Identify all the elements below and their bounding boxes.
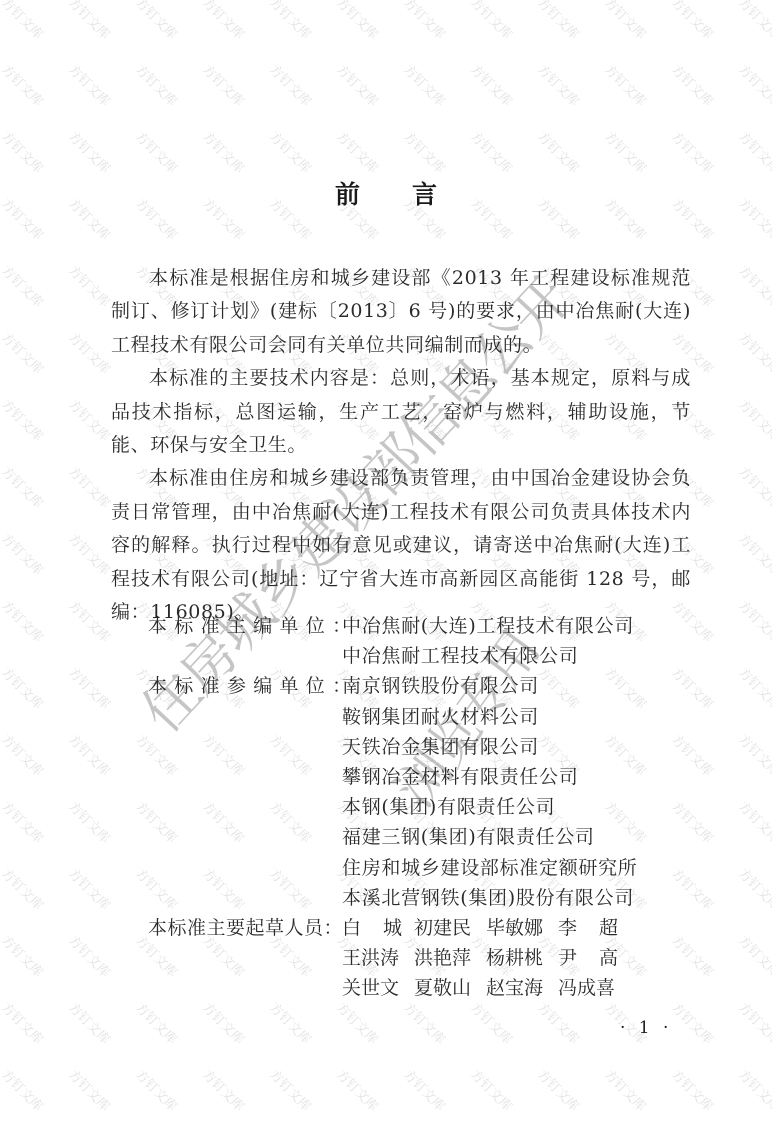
- preface-body: 本标准是根据住房和城乡建设部《2013 年工程建设标准规范制订、修订计划》(建标…: [111, 262, 691, 629]
- participating-unit-row: 本标准参编单位： 南京钢铁股份有限公司: [148, 671, 638, 701]
- participating-unit: 鞍钢集团耐火材料公司: [342, 702, 539, 732]
- page-title: 前言: [0, 175, 772, 211]
- label-spacer: [148, 792, 342, 822]
- drafter-name: 李超: [558, 913, 630, 943]
- drafter-names: 关世文 夏敬山 赵宝海 冯成喜: [342, 973, 630, 1003]
- participating-unit: 本钢(集团)有限责任公司: [342, 792, 555, 822]
- chief-editor-unit: 中冶焦耐工程技术有限公司: [342, 641, 578, 671]
- label-spacer: [148, 762, 342, 792]
- participating-unit-row: 天铁冶金集团有限公司: [148, 732, 638, 762]
- participating-unit: 福建三钢(集团)有限责任公司: [342, 822, 595, 852]
- label-spacer: [148, 702, 342, 732]
- participating-unit-row: 本钢(集团)有限责任公司: [148, 792, 638, 822]
- drafters-row: 本标准主要起草人员： 白城 初建民 毕敏娜 李超: [148, 913, 638, 943]
- participating-unit-label: 本标准参编单位：: [148, 671, 342, 701]
- chief-editor-label: 本标准主编单位：: [148, 611, 342, 641]
- drafter-name: 初建民: [414, 913, 486, 943]
- title-char-2: 言: [412, 175, 437, 211]
- drafter-name: 杨耕桃: [486, 943, 558, 973]
- drafters-row: 关世文 夏敬山 赵宝海 冯成喜: [148, 973, 638, 1003]
- contributors-section: 本标准主编单位： 中冶焦耐(大连)工程技术有限公司 中冶焦耐工程技术有限公司 本…: [148, 611, 638, 1004]
- participating-unit-row: 住房和城乡建设部标准定额研究所: [148, 853, 638, 883]
- paragraph-contents: 本标准的主要技术内容是：总则，术语，基本规定，原料与成品技术指标，总图运输，生产…: [111, 362, 691, 462]
- participating-unit: 住房和城乡建设部标准定额研究所: [342, 853, 638, 883]
- drafters-row: 王洪涛 洪艳萍 杨耕桃 尹高: [148, 943, 638, 973]
- drafter-name: 冯成喜: [558, 973, 630, 1003]
- participating-unit-row: 本溪北营钢铁(集团)股份有限公司: [148, 883, 638, 913]
- document-page: 前言 本标准是根据住房和城乡建设部《2013 年工程建设标准规范制订、修订计划》…: [0, 0, 772, 1122]
- chief-editor-row: 中冶焦耐工程技术有限公司: [148, 641, 638, 671]
- drafter-name: 尹高: [558, 943, 630, 973]
- drafter-name: 白城: [342, 913, 414, 943]
- title-char-1: 前: [335, 175, 360, 211]
- label-spacer: [148, 883, 342, 913]
- drafters-label: 本标准主要起草人员：: [148, 913, 342, 943]
- participating-unit: 天铁冶金集团有限公司: [342, 732, 539, 762]
- drafter-name: 关世文: [342, 973, 414, 1003]
- participating-unit: 本溪北营钢铁(集团)股份有限公司: [342, 883, 634, 913]
- label-spacer: [148, 732, 342, 762]
- paragraph-origin: 本标准是根据住房和城乡建设部《2013 年工程建设标准规范制订、修订计划》(建标…: [111, 262, 691, 362]
- drafter-name: 洪艳萍: [414, 943, 486, 973]
- drafter-name: 赵宝海: [486, 973, 558, 1003]
- participating-unit-row: 福建三钢(集团)有限责任公司: [148, 822, 638, 852]
- drafter-name: 王洪涛: [342, 943, 414, 973]
- drafter-name: 毕敏娜: [486, 913, 558, 943]
- drafter-names: 白城 初建民 毕敏娜 李超: [342, 913, 630, 943]
- label-spacer: [148, 973, 342, 1003]
- label-spacer: [148, 822, 342, 852]
- page-number: · 1 ·: [620, 1018, 672, 1038]
- label-spacer: [148, 853, 342, 883]
- drafter-names: 王洪涛 洪艳萍 杨耕桃 尹高: [342, 943, 630, 973]
- participating-unit: 攀钢冶金材料有限责任公司: [342, 762, 578, 792]
- chief-editor-row: 本标准主编单位： 中冶焦耐(大连)工程技术有限公司: [148, 611, 638, 641]
- participating-unit-row: 鞍钢集团耐火材料公司: [148, 702, 638, 732]
- paragraph-management: 本标准由住房和城乡建设部负责管理，由中国冶金建设协会负责日常管理，由中冶焦耐(大…: [111, 462, 691, 629]
- chief-editor-unit: 中冶焦耐(大连)工程技术有限公司: [342, 611, 634, 641]
- label-spacer: [148, 943, 342, 973]
- label-spacer: [148, 641, 342, 671]
- participating-unit-row: 攀钢冶金材料有限责任公司: [148, 762, 638, 792]
- drafter-name: 夏敬山: [414, 973, 486, 1003]
- participating-unit: 南京钢铁股份有限公司: [342, 671, 539, 701]
